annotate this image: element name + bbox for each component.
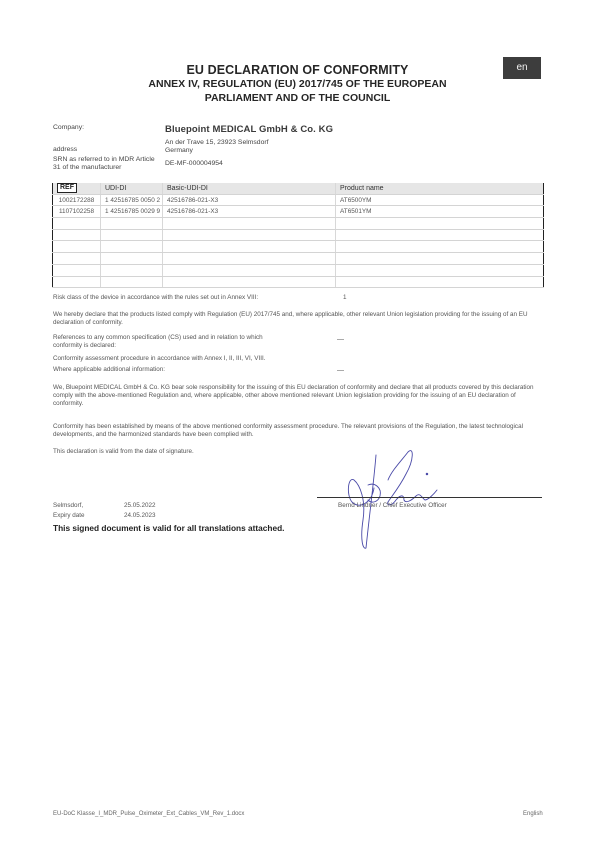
srn-label-line2: 31 of the manufacturer (53, 164, 121, 172)
cell-basic-udi-di (163, 253, 336, 265)
cell-basic-udi-di (163, 229, 336, 241)
signer-name-title: Bernd Lindner / Chief Executive Officer (338, 502, 447, 509)
company-label: Company: (53, 124, 84, 132)
cell-ref (53, 253, 101, 265)
company-name: Bluepoint MEDICAL GmbH & Co. KG (165, 124, 333, 135)
cell-ref (53, 241, 101, 253)
table-row (53, 229, 544, 241)
common-spec-label: References to any common specification (… (53, 334, 293, 350)
cell-ref: 1002172288 (53, 194, 101, 206)
declaration-paragraph: We hereby declare that the products list… (53, 311, 545, 327)
cell-ref (53, 218, 101, 230)
address-label: address (53, 146, 77, 154)
cell-product-name (336, 229, 544, 241)
translations-note: This signed document is valid for all tr… (53, 523, 284, 533)
expiry-date: 24.05.2023 (124, 512, 204, 520)
document-subtitle-line2: PARLIAMENT AND OF THE COUNCIL (0, 92, 595, 104)
document-subtitle-line1: ANNEX IV, REGULATION (EU) 2017/745 OF TH… (0, 78, 595, 90)
cell-basic-udi-di (163, 264, 336, 276)
table-row (53, 264, 544, 276)
established-paragraph: Conformity has been established by means… (53, 423, 545, 439)
cell-product-name: AT6500YM (336, 194, 544, 206)
cell-product-name (336, 253, 544, 265)
cell-udi-di (101, 218, 163, 230)
cell-product-name (336, 241, 544, 253)
cell-ref (53, 229, 101, 241)
signature-date: 25.05.2022 (124, 502, 204, 510)
column-header-product-name: Product name (336, 183, 544, 194)
table-row (53, 218, 544, 230)
additional-info-value: — (337, 367, 344, 374)
cell-udi-di (101, 276, 163, 288)
column-header-ref: REF (53, 183, 101, 194)
cell-udi-di (101, 264, 163, 276)
cell-product-name (336, 264, 544, 276)
cell-product-name (336, 276, 544, 288)
signature-line (317, 497, 542, 498)
cell-udi-di: 1 42516785 0050 2 (101, 194, 163, 206)
cell-udi-di (101, 229, 163, 241)
table-header-row: REF UDI-DI Basic-UDI-DI Product name (53, 183, 544, 194)
table-row (53, 253, 544, 265)
address-line2: Germany (165, 147, 193, 155)
table-row: 11071022581 42516785 0029 942516786-021-… (53, 206, 544, 218)
additional-info-label: Where applicable additional information: (53, 366, 313, 374)
column-header-basic-udi-di: Basic-UDI-DI (163, 183, 336, 194)
cell-product-name: AT6501YM (336, 206, 544, 218)
cell-udi-di: 1 42516785 0029 9 (101, 206, 163, 218)
cell-basic-udi-di: 42516786-021-X3 (163, 206, 336, 218)
srn-value: DE-MF-000004954 (165, 160, 223, 168)
risk-class-value: 1 (343, 294, 363, 302)
cell-basic-udi-di (163, 241, 336, 253)
assessment-procedure: Conformity assessment procedure in accor… (53, 355, 545, 363)
cell-ref: 1107102258 (53, 206, 101, 218)
cell-basic-udi-di: 42516786-021-X3 (163, 194, 336, 206)
cell-udi-di (101, 253, 163, 265)
common-spec-value: — (337, 336, 344, 343)
footer-language: English (523, 811, 543, 817)
table-row (53, 276, 544, 288)
cell-udi-di (101, 241, 163, 253)
table-row (53, 241, 544, 253)
cell-product-name (336, 218, 544, 230)
footer-filename: EU-DoC Klasse_I_MDR_Pulse_Oximeter_Ext_C… (53, 811, 244, 817)
products-table: REF UDI-DI Basic-UDI-DI Product name 100… (52, 183, 544, 288)
cell-ref (53, 276, 101, 288)
place-label: Selmsdorf, (53, 502, 133, 510)
table-row: 10021722881 42516785 0050 242516786-021-… (53, 194, 544, 206)
risk-class-label: Risk class of the device in accordance w… (53, 294, 545, 302)
responsibility-paragraph: We, Bluepoint MEDICAL GmbH & Co. KG bear… (53, 384, 545, 408)
cell-basic-udi-di (163, 276, 336, 288)
cell-ref (53, 264, 101, 276)
document-title: EU DECLARATION OF CONFORMITY (0, 63, 595, 77)
expiry-label: Expiry date (53, 512, 133, 520)
cell-basic-udi-di (163, 218, 336, 230)
column-header-udi-di: UDI-DI (101, 183, 163, 194)
ref-symbol-icon: REF (57, 183, 77, 193)
